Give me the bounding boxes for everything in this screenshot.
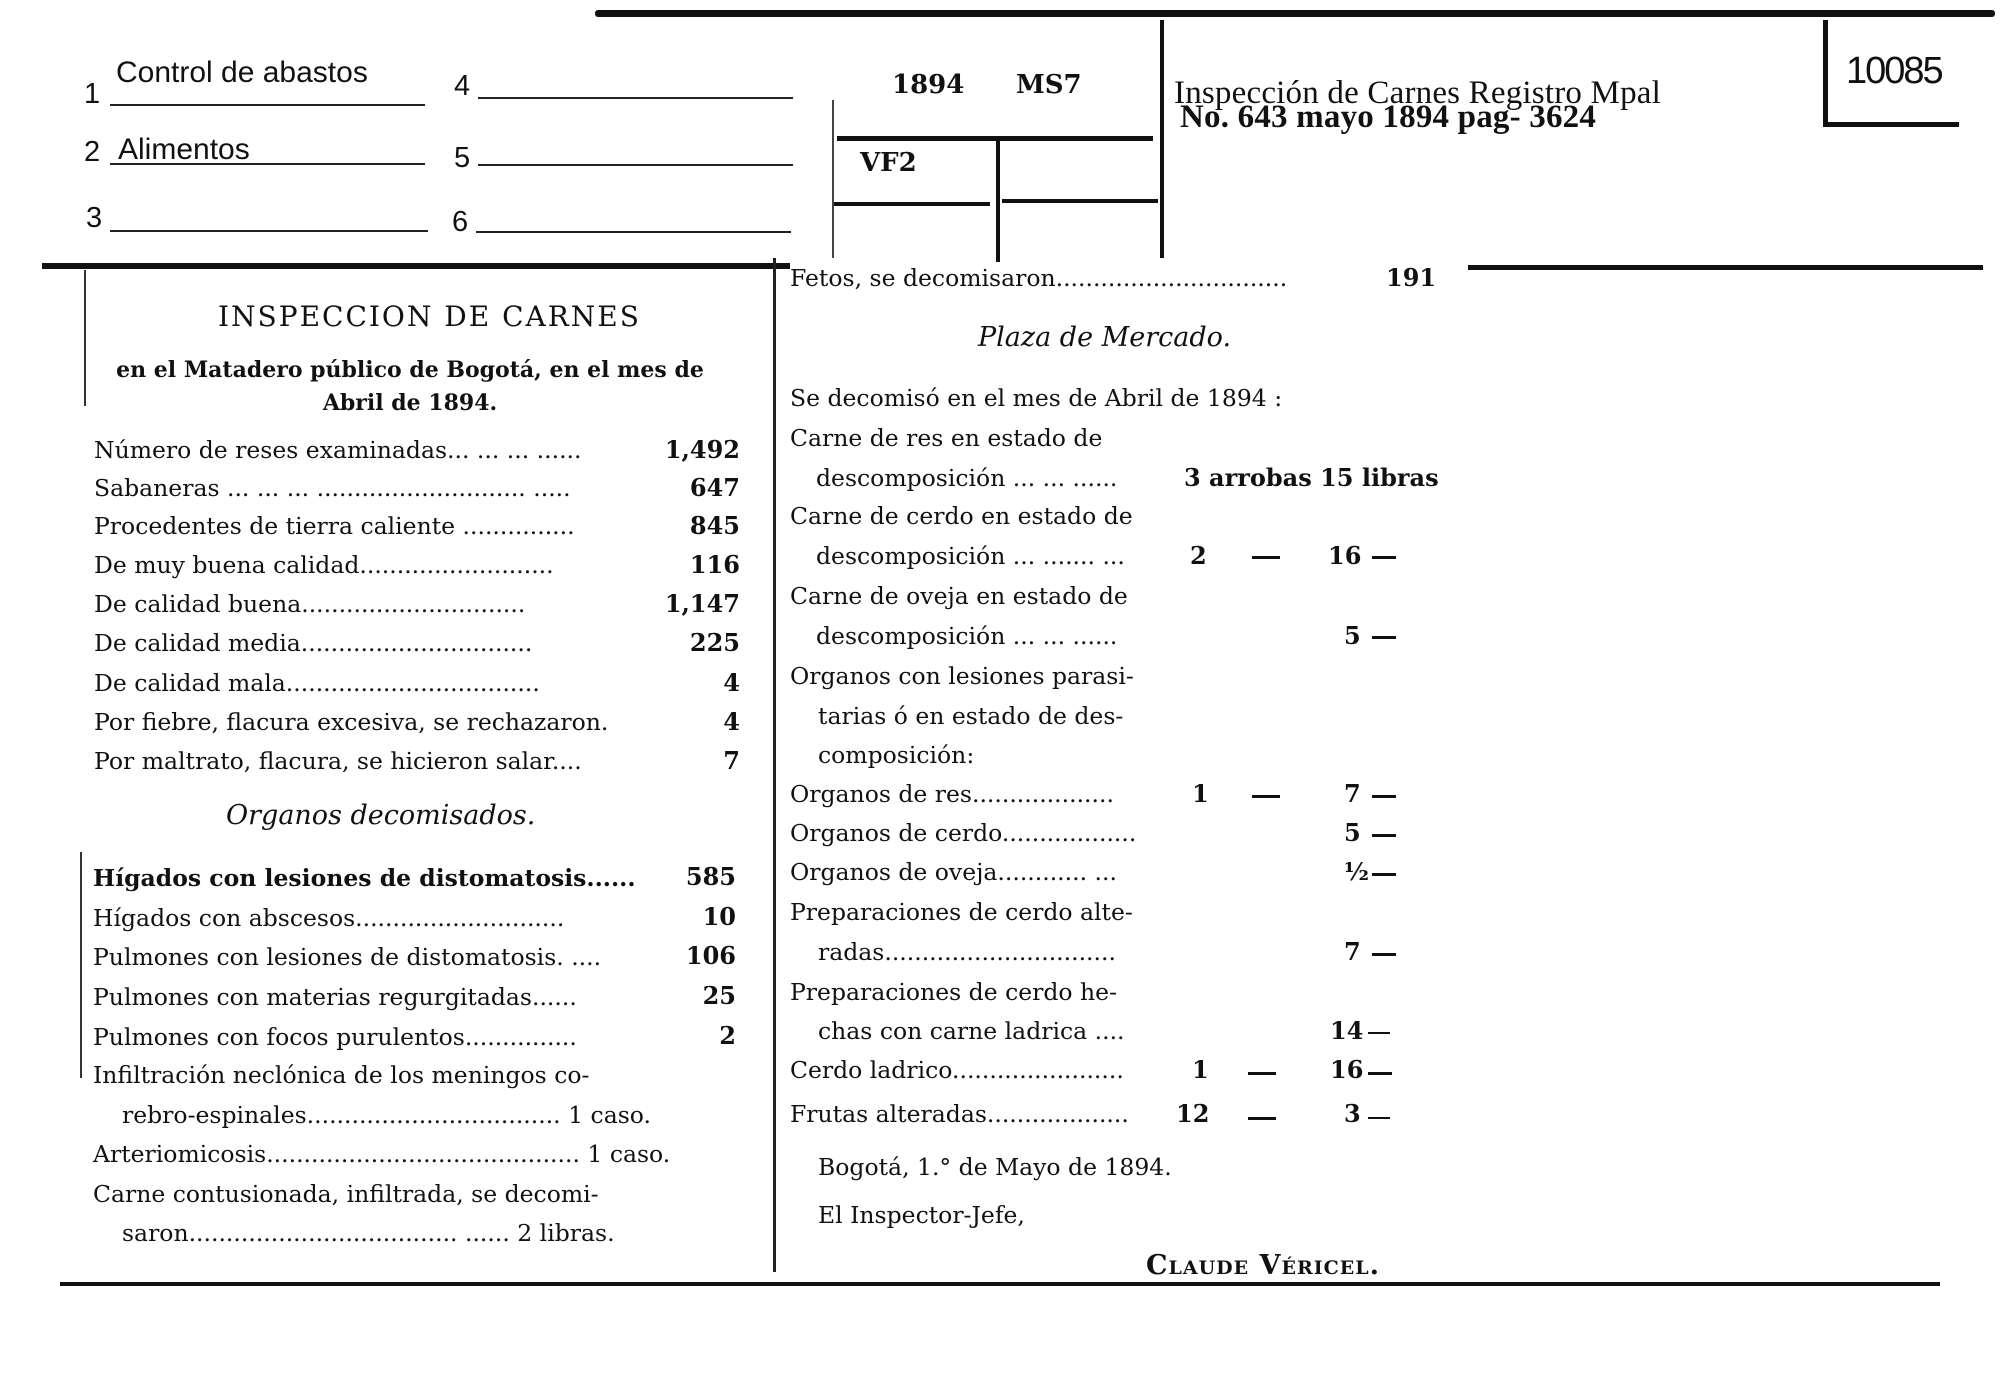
cattle-row-value: 116 bbox=[640, 550, 740, 579]
index-field-5-number: 5 bbox=[454, 142, 470, 175]
record-box-bottom-border bbox=[1823, 122, 1959, 127]
market-organ-label: Organos de oveja............ ... bbox=[790, 858, 1117, 886]
infiltration-line-1: Infiltración neclónica de los meningos c… bbox=[93, 1061, 589, 1089]
organ-row-label: Hígados con abscesos....................… bbox=[93, 904, 564, 932]
market-organ-arrobas: 1 bbox=[1192, 779, 1209, 808]
frutas-dash bbox=[1368, 1117, 1390, 1119]
cerdo-ladrico-libras: 16 bbox=[1330, 1055, 1363, 1084]
catalog-box-right-border bbox=[1160, 20, 1164, 258]
market-row-dash bbox=[1372, 556, 1396, 559]
market-row-dash bbox=[1252, 556, 1280, 559]
fetos-value: 191 bbox=[1386, 263, 1436, 292]
top-rule bbox=[595, 10, 1995, 17]
header-bottom-rule-left bbox=[42, 263, 790, 269]
report-subtitle: en el Matadero público de Bogotá, en el … bbox=[110, 354, 710, 420]
index-field-4-number: 4 bbox=[454, 70, 470, 103]
catalog-box-lower-rule-right bbox=[1002, 199, 1158, 203]
index-field-1-number: 1 bbox=[84, 78, 100, 111]
prep-ladrica-libras: 14 bbox=[1330, 1016, 1363, 1045]
frutas-arrobas: 12 bbox=[1176, 1099, 1209, 1128]
organ-row-value: 10 bbox=[640, 902, 736, 931]
cattle-row-label: De muy buena calidad....................… bbox=[94, 551, 554, 579]
cerdo-ladrico-dash bbox=[1248, 1072, 1276, 1075]
index-field-3-number: 3 bbox=[86, 202, 102, 235]
market-heading: Plaza de Mercado. bbox=[978, 322, 1231, 353]
organs-parasitic-line-2: tarias ó en estado de des- bbox=[818, 702, 1123, 730]
organs-heading: Organos decomisados. bbox=[226, 800, 535, 831]
cattle-row-label: De calidad buena........................… bbox=[94, 590, 525, 618]
prep-altered-line-1: Preparaciones de cerdo alte- bbox=[790, 898, 1133, 926]
prep-altered-line-2: radas............................... bbox=[818, 938, 1116, 966]
organ-row-value: 585 bbox=[640, 862, 736, 891]
cattle-row-label: Por fiebre, flacura excesiva, se rechaza… bbox=[94, 708, 608, 736]
cattle-row-value: 4 bbox=[640, 668, 740, 697]
index-field-2-value[interactable]: Alimentos bbox=[118, 133, 250, 167]
arteriomycosis-line: Arteriomicosis..........................… bbox=[93, 1140, 670, 1168]
header-bottom-rule-right bbox=[1468, 265, 1983, 270]
catalog-box-left-border bbox=[832, 100, 834, 258]
cattle-row-label: Procedentes de tierra caliente .........… bbox=[94, 512, 575, 540]
frutas-libras: 3 bbox=[1344, 1099, 1361, 1128]
index-field-1-line bbox=[110, 104, 425, 106]
market-row-line-2: descomposición ... ... ...... bbox=[816, 622, 1117, 650]
market-row-arrobas: 2 bbox=[1190, 541, 1207, 570]
report-title: INSPECCION DE CARNES bbox=[218, 300, 641, 333]
cattle-row-label: Número de reses examinadas... ... ... ..… bbox=[94, 436, 582, 464]
fetos-label: Fetos, se decomisaron...................… bbox=[790, 264, 1287, 292]
contused-meat-line-2: saron...................................… bbox=[122, 1219, 615, 1247]
organs-parasitic-line-3: composición: bbox=[818, 741, 974, 769]
infiltration-line-2: rebro-espinales.........................… bbox=[122, 1101, 651, 1129]
record-box-left-border bbox=[1823, 20, 1828, 124]
reference-line-2: No. 643 mayo 1894 pag- 3624 bbox=[1180, 104, 1596, 130]
market-organ-dash bbox=[1372, 873, 1396, 876]
report-date: Bogotá, 1.° de Mayo de 1894. bbox=[818, 1153, 1172, 1181]
cattle-row-value: 845 bbox=[640, 511, 740, 540]
signature-name: Claude Véricel. bbox=[1146, 1250, 1380, 1281]
prep-ladrica-dash bbox=[1368, 1032, 1390, 1034]
footer-rule bbox=[60, 1282, 1940, 1286]
market-organ-dash bbox=[1252, 795, 1280, 798]
cattle-row-value: 1,492 bbox=[640, 435, 740, 464]
signature-title: El Inspector-Jefe, bbox=[818, 1201, 1025, 1229]
index-field-1-value[interactable]: Control de abastos bbox=[116, 56, 368, 90]
organ-row-label: Hígados con lesiones de distomatosis....… bbox=[93, 864, 636, 892]
market-row-line-2: descomposición ... ....... ... bbox=[816, 542, 1125, 570]
organ-row-label: Pulmones con focos purulentos...........… bbox=[93, 1023, 577, 1051]
index-field-5-line bbox=[478, 164, 793, 166]
index-field-2-number: 2 bbox=[84, 136, 100, 169]
organ-row-value: 25 bbox=[640, 981, 736, 1010]
organ-row-label: Pulmones con materias regurgitadas...... bbox=[93, 983, 577, 1011]
organ-row-value: 106 bbox=[640, 941, 736, 970]
prep-altered-libras: 7 bbox=[1344, 937, 1361, 966]
market-organ-dash bbox=[1372, 795, 1396, 798]
left-column-border bbox=[84, 270, 86, 406]
market-row-quantity: 3 arrobas 15 libras bbox=[1184, 463, 1439, 492]
catalog-box-lower-rule-left bbox=[834, 202, 990, 206]
cattle-row-label: Por maltrato, flacura, se hicieron salar… bbox=[94, 747, 582, 775]
cattle-row-value: 225 bbox=[640, 628, 740, 657]
market-row-libras: 5 bbox=[1344, 621, 1361, 650]
market-organ-libras: 5 bbox=[1344, 818, 1361, 847]
index-field-6-number: 6 bbox=[452, 206, 468, 239]
organ-row-value: 2 bbox=[640, 1021, 736, 1050]
catalog-box-mid-rule bbox=[837, 136, 1153, 141]
contused-meat-line-1: Carne contusionada, infiltrada, se decom… bbox=[93, 1180, 599, 1208]
catalog-year: 1894 bbox=[892, 70, 964, 100]
cattle-row-value: 647 bbox=[640, 473, 740, 502]
prep-ladrica-line-2: chas con carne ladrica .... bbox=[818, 1017, 1125, 1045]
frutas-dash bbox=[1248, 1117, 1276, 1120]
market-row-libras: 16 bbox=[1328, 541, 1361, 570]
market-row-line-1: Carne de oveja en estado de bbox=[790, 582, 1128, 610]
market-organ-label: Organos de cerdo.................. bbox=[790, 819, 1136, 847]
cattle-row-label: Sabaneras ... ... ... ..................… bbox=[94, 474, 571, 502]
market-intro: Se decomisó en el mes de Abril de 1894 : bbox=[790, 384, 1282, 412]
catalog-sub-code: VF2 bbox=[860, 148, 917, 178]
index-field-3-line bbox=[110, 230, 428, 232]
cattle-row-label: De calidad media........................… bbox=[94, 629, 532, 657]
cattle-row-value: 7 bbox=[640, 746, 740, 775]
market-row-line-1: Carne de res en estado de bbox=[790, 424, 1102, 452]
market-organ-label: Organos de res................... bbox=[790, 780, 1114, 808]
market-row-dash bbox=[1372, 636, 1396, 639]
cerdo-ladrico-arrobas: 1 bbox=[1192, 1055, 1209, 1084]
frutas-label: Frutas alteradas................... bbox=[790, 1100, 1129, 1128]
record-number: 10085 bbox=[1846, 50, 1942, 93]
index-field-4-line bbox=[478, 97, 793, 99]
market-row-line-1: Carne de cerdo en estado de bbox=[790, 502, 1133, 530]
organs-left-border bbox=[80, 852, 82, 1078]
cattle-row-value: 1,147 bbox=[640, 589, 740, 618]
market-row-line-2: descomposición ... ... ...... bbox=[816, 464, 1117, 492]
catalog-code: MS7 bbox=[1016, 70, 1082, 100]
market-organ-libras: ½ bbox=[1344, 857, 1369, 886]
index-field-6-line bbox=[476, 231, 791, 233]
prep-altered-dash bbox=[1372, 953, 1396, 956]
cerdo-ladrico-label: Cerdo ladrico....................... bbox=[790, 1056, 1124, 1084]
prep-ladrica-line-1: Preparaciones de cerdo he- bbox=[790, 978, 1117, 1006]
catalog-box-inner-divider bbox=[996, 140, 1000, 262]
cerdo-ladrico-dash bbox=[1368, 1072, 1392, 1075]
market-organ-libras: 7 bbox=[1344, 779, 1361, 808]
organ-row-label: Pulmones con lesiones de distomatosis. .… bbox=[93, 943, 601, 971]
organs-parasitic-line-1: Organos con lesiones parasi- bbox=[790, 662, 1134, 690]
cattle-row-value: 4 bbox=[640, 707, 740, 736]
index-field-2-line bbox=[110, 163, 425, 165]
market-organ-dash bbox=[1372, 834, 1396, 837]
column-divider bbox=[773, 258, 776, 1272]
cattle-row-label: De calidad mala.........................… bbox=[94, 669, 540, 697]
